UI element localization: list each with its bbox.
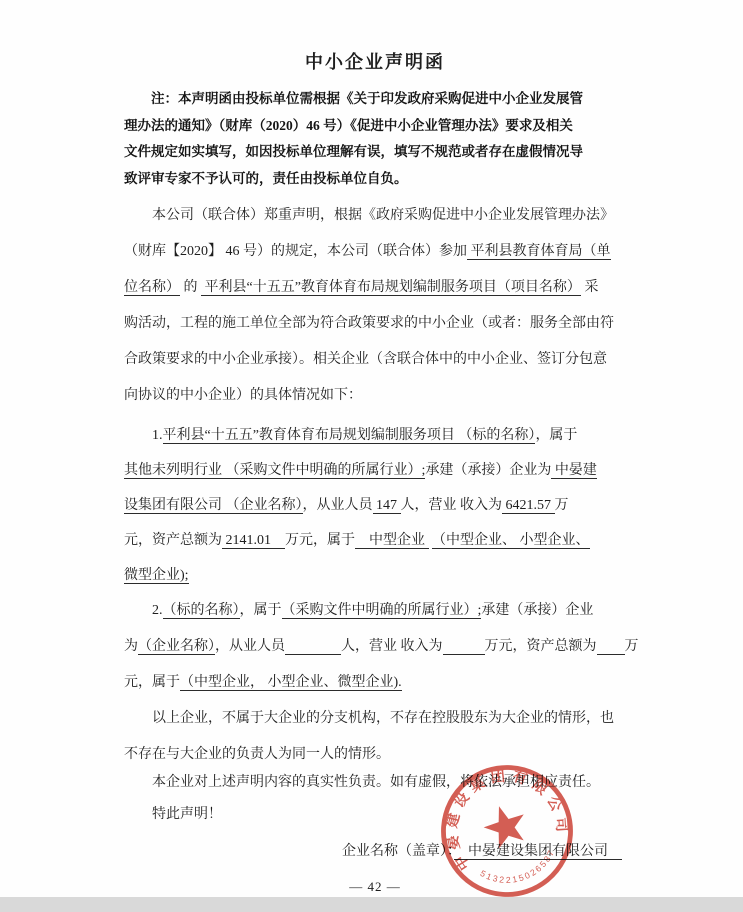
text-segment: 万元，资产总额为 [485, 639, 597, 654]
text-segment: 承建（承接）企业 [481, 603, 593, 618]
signature-label: 企业名称（盖章）： [342, 844, 454, 859]
filled-blank: （标的名称） [163, 603, 240, 619]
text-segment: 致评审专家不予认可的，责任由投标单位自负。 [124, 171, 408, 186]
document-line: 1.平利县“十五五”教育体育布局规划编制服务项目 （标的名称），属于 [124, 418, 626, 453]
document-line: 元，资产总额为 2141.01 万元，属于 中型企业 （中型企业、 小型企业、 [124, 523, 626, 558]
filled-blank [285, 639, 341, 655]
document-line: 本企业对上述声明内容的真实性负责。如有虚假，将依法承担相应责任。 [124, 765, 626, 801]
filled-blank: 中型企业 [355, 533, 429, 549]
text-segment: ，从业人员 [215, 639, 285, 654]
text-segment: 特此声明！ [152, 807, 222, 822]
text-segment: 合政策要求的中小企业承接）。相关企业（含联合体中的中小企业、签订分包意 [124, 352, 607, 367]
document-line: 合政策要求的中小企业承接）。相关企业（含联合体中的中小企业、签订分包意 [124, 342, 626, 378]
text-segment: 万元，属于 [285, 533, 355, 548]
text-segment: 采 [581, 280, 599, 295]
filled-blank: 平利县“十五五”教育体育布局规划编制服务项目（项目名称） [201, 280, 581, 296]
filled-blank [443, 639, 485, 655]
filled-blank: （采购文件中明确的所属行业）; [282, 603, 482, 619]
text-segment: 理办法的通知》（财库（2020）46 号）《促进中小企业管理办法》要求及相关 [124, 118, 573, 133]
text-segment: 本公司（联合体）郑重声明，根据《政府采购促进中小企业发展管理办法》 [152, 208, 614, 223]
page-number: — 42 — [124, 877, 626, 897]
document-line: （财库【2020】 46 号）的规定，本公司（联合体）参加 平利县教育体育局（单 [124, 234, 626, 270]
no-big-enterprise-paragraph: 以上企业，不属于大企业的分支机构，不存在控股股东为大企业的情形，也不存在与大企业… [124, 701, 626, 773]
text-segment: 购活动，工程的施工单位全部为符合政策要求的中小企业（或者：服务全部由符 [124, 316, 614, 331]
hereby-declare-paragraph: 特此声明！ [124, 797, 626, 833]
document-line: 以上企业，不属于大企业的分支机构，不存在控股股东为大企业的情形，也 [124, 701, 626, 737]
document-line: 设集团有限公司 （企业名称），从业人员 147 人，营业 收入为 6421.57… [124, 488, 626, 523]
document-line: 2.（标的名称），属于（采购文件中明确的所属行业）;承建（承接）企业 [124, 593, 626, 629]
text-segment: 以上企业，不属于大企业的分支机构，不存在控股股东为大企业的情形，也 [152, 711, 614, 726]
text-segment: 的 [180, 280, 201, 295]
filled-blank: 147 [373, 498, 401, 514]
document-line: 其他未列明行业 （采购文件中明确的所属行业）;承建（承接）企业为 中晏建 [124, 453, 626, 488]
document-content: 中小企业声明函 注：本声明函由投标单位需根据《关于印发政府采购促进中小企业发展管… [124, 0, 626, 897]
document-line: 为（企业名称），从业人员 人，营业 收入为 万元，资产总额为 万 [124, 629, 626, 665]
text-segment: 文件规定如实填写，如因投标单位理解有误，填写不规范或者存在虚假情况导 [124, 144, 583, 159]
document-page: 中小企业声明函 注：本声明函由投标单位需根据《关于印发政府采购促进中小企业发展管… [0, 0, 743, 912]
document-title: 中小企业声明函 [124, 50, 626, 74]
document-line: 特此声明！ [124, 797, 626, 833]
note-paragraph: 注：本声明函由投标单位需根据《关于印发政府采购促进中小企业发展管理办法的通知》（… [124, 86, 626, 192]
text-segment: 元，资产总额为 [124, 533, 222, 548]
signature-company-name: 中晏建设集团有限公司 [454, 844, 622, 860]
filled-blank [597, 639, 625, 655]
document-line: 理办法的通知》（财库（2020）46 号）《促进中小企业管理办法》要求及相关 [124, 113, 626, 140]
declaration-paragraph: 本公司（联合体）郑重声明，根据《政府采购促进中小企业发展管理办法》（财库【202… [124, 198, 626, 414]
scan-background-strip [0, 897, 743, 912]
filled-blank: 设集团有限公司 （企业名称） [124, 498, 303, 514]
responsibility-paragraph: 本企业对上述声明内容的真实性负责。如有虚假，将依法承担相应责任。 [124, 765, 626, 801]
text-segment: 2. [152, 603, 163, 618]
text-segment: 不存在与大企业的负责人为同一人的情形。 [124, 747, 390, 762]
item1-paragraph: 1.平利县“十五五”教育体育布局规划编制服务项目 （标的名称），属于其他未列明行… [124, 418, 626, 593]
document-line: 购活动，工程的施工单位全部为符合政策要求的中小企业（或者：服务全部由符 [124, 306, 626, 342]
document-line: 元，属于（中型企业， 小型企业、微型企业). [124, 665, 626, 701]
document-line: 微型企业); [124, 558, 626, 593]
text-segment: 向协议的中小企业）的具体情况如下： [124, 388, 362, 403]
item2-paragraph: 2.（标的名称），属于（采购文件中明确的所属行业）;承建（承接）企业为（企业名称… [124, 593, 626, 701]
text-segment: 人，营业 收入为 [401, 498, 503, 513]
text-segment: （财库【2020】 46 号）的规定，本公司（联合体）参加 [124, 244, 467, 259]
text-segment: 1. [152, 428, 163, 443]
document-line: 本公司（联合体）郑重声明，根据《政府采购促进中小企业发展管理办法》 [124, 198, 626, 234]
text-segment: ，属于 [240, 603, 282, 618]
text-segment: 万 [625, 639, 639, 654]
filled-blank: 平利县“十五五”教育体育布局规划编制服务项目 （标的名称） [163, 428, 536, 444]
filled-blank: （中型企业， 小型企业、微型企业). [180, 675, 402, 691]
document-line: 注：本声明函由投标单位需根据《关于印发政府采购促进中小企业发展管 [124, 86, 626, 113]
document-line: 向协议的中小企业）的具体情况如下： [124, 378, 626, 414]
filled-blank: （中型企业、 小型企业、 [432, 533, 590, 549]
text-segment: ，从业人员 [303, 498, 373, 513]
text-segment: ，属于 [535, 428, 577, 443]
signature-line: 企业名称（盖章）： 中晏建设集团有限公司 [124, 839, 626, 865]
document-line: 文件规定如实填写，如因投标单位理解有误，填写不规范或者存在虚假情况导 [124, 139, 626, 166]
filled-blank: 中晏建 [551, 463, 597, 479]
filled-blank: 平利县教育体育局（单 [467, 244, 611, 260]
text-segment: 注：本声明函由投标单位需根据《关于印发政府采购促进中小企业发展管 [151, 91, 583, 106]
text-segment: 本企业对上述声明内容的真实性负责。如有虚假，将依法承担相应责任。 [152, 775, 600, 790]
text-segment: 为 [124, 639, 138, 654]
filled-blank: 2141.01 [222, 533, 285, 549]
document-line: 致评审专家不予认可的，责任由投标单位自负。 [124, 166, 626, 193]
filled-blank: 微型企业); [124, 568, 189, 584]
filled-blank: （企业名称） [138, 639, 215, 655]
text-segment: 承建（承接）企业为 [425, 463, 551, 478]
text-segment: 万 [555, 498, 569, 513]
filled-blank: 位名称） [124, 280, 180, 296]
filled-blank: 6421.57 [502, 498, 555, 514]
text-segment: 人，营业 收入为 [341, 639, 443, 654]
filled-blank: 其他未列明行业 （采购文件中明确的所属行业）; [124, 463, 425, 479]
text-segment: 元，属于 [124, 675, 180, 690]
document-line: 位名称） 的 平利县“十五五”教育体育布局规划编制服务项目（项目名称） 采 [124, 270, 626, 306]
